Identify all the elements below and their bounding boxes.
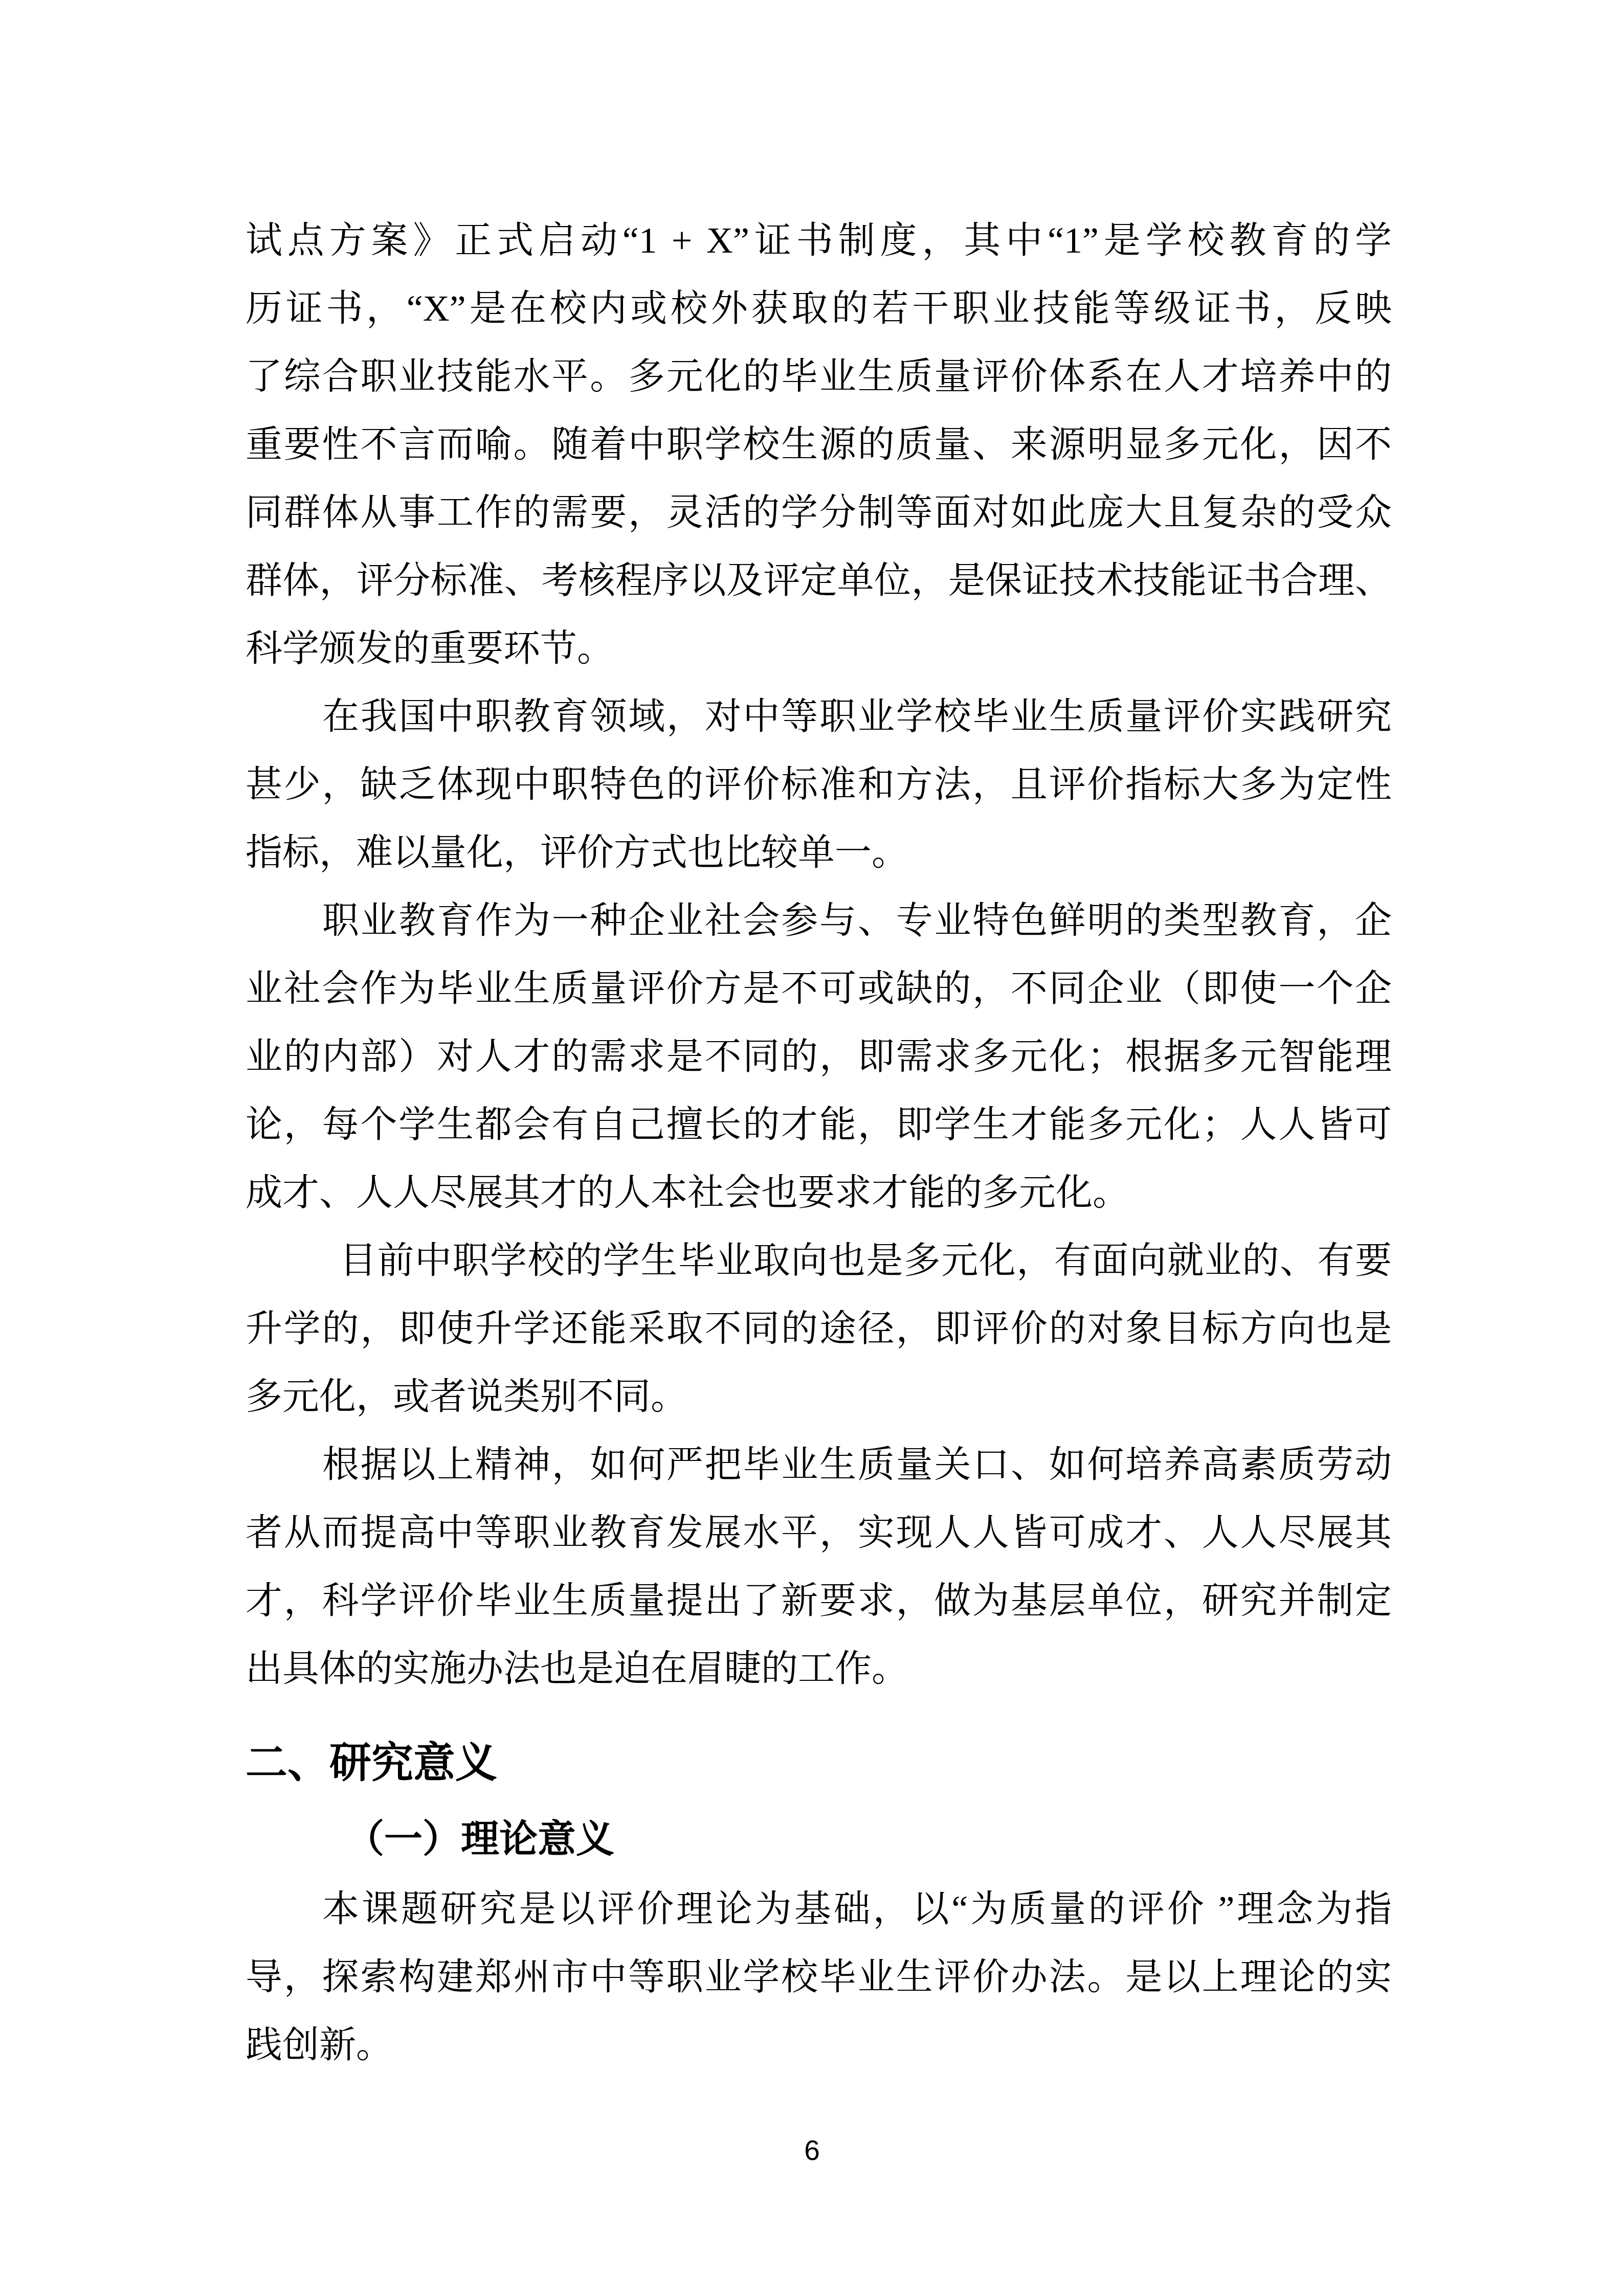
text-line: 群体，评分标准、考核程序以及评定单位，是保证技术技能证书合理、 [246, 547, 1392, 615]
text-line: 同群体从事工作的需要，灵活的学分制等面对如此庞大且复杂的受众 [246, 479, 1392, 547]
text-line: 科学颁发的重要环节。 [246, 615, 1392, 683]
text-line: 根据以上精神，如何严把毕业生质量关口、如何培养高素质劳动 [246, 1431, 1392, 1499]
text-line: 试点方案》正式启动“1 + X”证书制度，其中“1”是学校教育的学 [246, 207, 1392, 275]
text-line: 历证书，“X”是在校内或校外获取的若干职业技能等级证书，反映 [246, 275, 1392, 343]
page-number: 6 [0, 2135, 1624, 2166]
text-line: 践创新。 [246, 2011, 1392, 2079]
text-line: 了综合职业技能水平。多元化的毕业生质量评价体系在人才培养中的 [246, 343, 1392, 411]
text-line: 指标，难以量化，评价方式也比较单一。 [246, 819, 1392, 887]
text-line: 职业教育作为一种企业社会参与、专业特色鲜明的类型教育，企 [246, 887, 1392, 955]
subsection-heading: （一）理论意义 [246, 1805, 1392, 1873]
text-line: 重要性不言而喻。随着中职学校生源的质量、来源明显多元化，因不 [246, 411, 1392, 479]
text-line: 成才、人人尽展其才的人本社会也要求才能的多元化。 [246, 1159, 1392, 1227]
text-line: 甚少，缺乏体现中职特色的评价标准和方法，且评价指标大多为定性 [246, 751, 1392, 819]
text-line: 在我国中职教育领域，对中等职业学校毕业生质量评价实践研究 [246, 683, 1392, 751]
text-line: 出具体的实施办法也是迫在眉睫的工作。 [246, 1635, 1392, 1703]
text-line: 才，科学评价毕业生质量提出了新要求，做为基层单位，研究并制定 [246, 1567, 1392, 1635]
text-line: 者从而提高中等职业教育发展水平，实现人人皆可成才、人人尽展其 [246, 1499, 1392, 1567]
text-line: 业社会作为毕业生质量评价方是不可或缺的，不同企业（即使一个企 [246, 955, 1392, 1023]
text-line: 论，每个学生都会有自己擅长的才能，即学生才能多元化；人人皆可 [246, 1091, 1392, 1159]
document-body: 试点方案》正式启动“1 + X”证书制度，其中“1”是学校教育的学 历证书，“X… [246, 207, 1392, 2079]
text-line: 目前中职学校的学生毕业取向也是多元化，有面向就业的、有要 [246, 1227, 1392, 1295]
text-line: 升学的，即使升学还能采取不同的途径，即评价的对象目标方向也是 [246, 1295, 1392, 1363]
text-line: 导，探索构建郑州市中等职业学校毕业生评价办法。是以上理论的实 [246, 1943, 1392, 2011]
document-page: 试点方案》正式启动“1 + X”证书制度，其中“1”是学校教育的学 历证书，“X… [0, 0, 1624, 2296]
section-heading: 二、研究意义 [246, 1729, 1392, 1797]
text-line: 多元化，或者说类别不同。 [246, 1363, 1392, 1431]
text-line: 本课题研究是以评价理论为基础，以“为质量的评价 ”理念为指 [246, 1875, 1392, 1943]
text-line: 业的内部）对人才的需求是不同的，即需求多元化；根据多元智能理 [246, 1023, 1392, 1091]
